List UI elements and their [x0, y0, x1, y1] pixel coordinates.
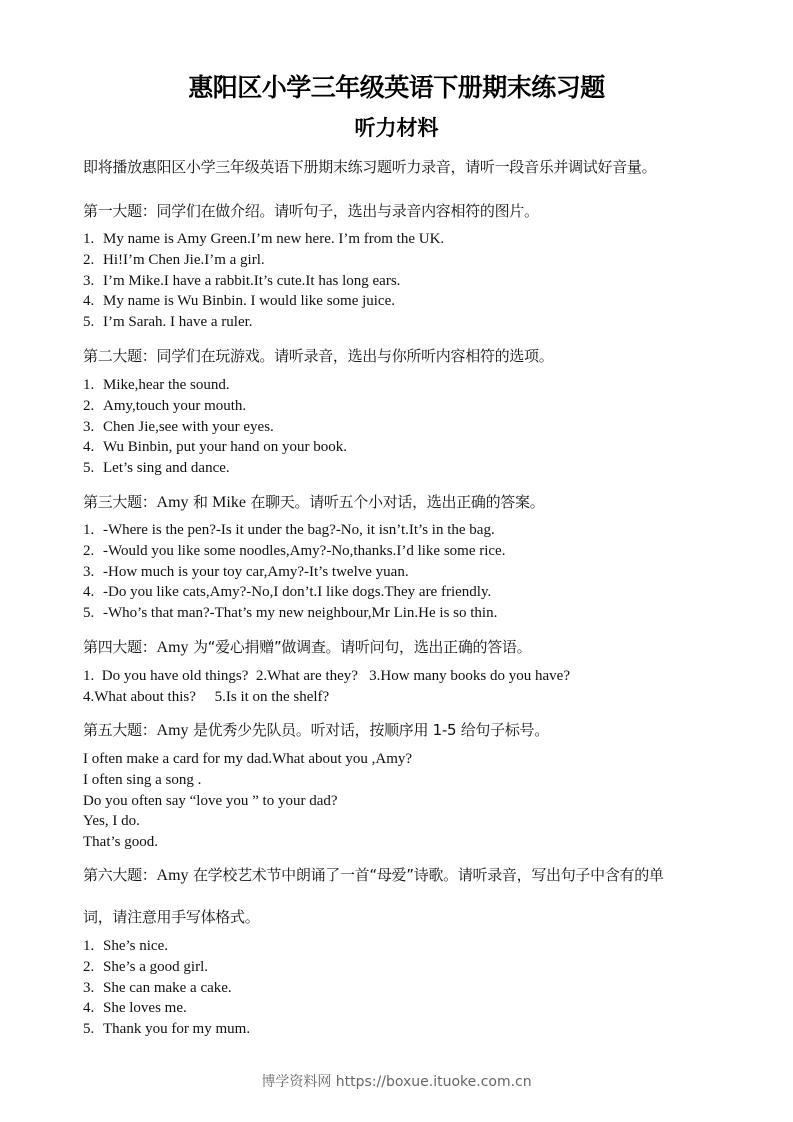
dialogue-line: That’s good.	[83, 832, 412, 853]
list-item: 1.-Where is the pen?-Is it under the bag…	[83, 520, 505, 541]
list-item: 1.My name is Amy Green.I’m new here. I’m…	[83, 229, 444, 250]
section-5-dialogue: I often make a card for my dad.What abou…	[83, 749, 412, 853]
dialogue-line: I often sing a song .	[83, 770, 412, 791]
footer-watermark: 博学资料网 https://boxue.ituoke.com.cn	[0, 1071, 793, 1091]
list-item: 4.Wu Binbin, put your hand on your book.	[83, 437, 347, 458]
section-5-heading: 第五大题：Amy 是优秀少先队员。听对话，按顺序用 1-5 给句子标号。	[83, 719, 549, 740]
dialogue-line: Do you often say “love you ” to your dad…	[83, 791, 412, 812]
list-item: 3.I’m Mike.I have a rabbit.It’s cute.It …	[83, 271, 444, 292]
document-subtitle: 听力材料	[0, 112, 793, 142]
section-3-heading: 第三大题：Amy 和 Mike 在聊天。请听五个小对话，选出正确的答案。	[83, 491, 544, 512]
list-item: 2.Hi!I’m Chen Jie.I’m a girl.	[83, 250, 444, 271]
section-6-heading: 第六大题：Amy 在学校艺术节中朗诵了一首“母爱”诗歌。请听录音，写出句子中含有…	[83, 864, 664, 885]
section-2-list: 1.Mike,hear the sound. 2.Amy,touch your …	[83, 375, 347, 479]
list-item: 1.Mike,hear the sound.	[83, 375, 347, 396]
list-item: 2.She’s a good girl.	[83, 957, 250, 978]
section-6-heading-line2: 词，请注意用手写体格式。	[83, 906, 259, 927]
list-item: 4.My name is Wu Binbin. I would like som…	[83, 291, 444, 312]
section-4-questions: 1. Do you have old things? 2.What are th…	[83, 666, 570, 708]
list-item: 1.She’s nice.	[83, 936, 250, 957]
list-item: 5.Thank you for my mum.	[83, 1019, 250, 1040]
list-item: 3.Chen Jie,see with your eyes.	[83, 417, 347, 438]
section-1-list: 1.My name is Amy Green.I’m new here. I’m…	[83, 229, 444, 333]
section-2-heading: 第二大题：同学们在玩游戏。请听录音，选出与你所听内容相符的选项。	[83, 345, 553, 366]
intro-text: 即将播放惠阳区小学三年级英语下册期末练习题听力录音，请听一段音乐并调试好音量。	[83, 156, 656, 177]
list-item: 5.-Who’s that man?-That’s my new neighbo…	[83, 603, 505, 624]
list-item: 5.Let’s sing and dance.	[83, 458, 347, 479]
list-item: 2.-Would you like some noodles,Amy?-No,t…	[83, 541, 505, 562]
document-page: 惠阳区小学三年级英语下册期末练习题 听力材料 即将播放惠阳区小学三年级英语下册期…	[0, 0, 793, 1122]
section-1-heading: 第一大题：同学们在做介绍。请听句子，选出与录音内容相符的图片。	[83, 200, 539, 221]
document-title: 惠阳区小学三年级英语下册期末练习题	[0, 68, 793, 104]
list-item: 3.She can make a cake.	[83, 978, 250, 999]
list-item: 2.Amy,touch your mouth.	[83, 396, 347, 417]
list-item: 5.I’m Sarah. I have a ruler.	[83, 312, 444, 333]
dialogue-line: I often make a card for my dad.What abou…	[83, 749, 412, 770]
question-line: 4.What about this? 5.Is it on the shelf?	[83, 687, 570, 708]
section-4-heading: 第四大题：Amy 为“爱心捐赠”做调查。请听问句，选出正确的答语。	[83, 636, 531, 657]
section-6-list: 1.She’s nice. 2.She’s a good girl. 3.She…	[83, 936, 250, 1040]
list-item: 4.She loves me.	[83, 998, 250, 1019]
section-3-list: 1.-Where is the pen?-Is it under the bag…	[83, 520, 505, 624]
dialogue-line: Yes, I do.	[83, 811, 412, 832]
question-line: 1. Do you have old things? 2.What are th…	[83, 666, 570, 687]
list-item: 3.-How much is your toy car,Amy?-It’s tw…	[83, 562, 505, 583]
list-item: 4.-Do you like cats,Amy?-No,I don’t.I li…	[83, 582, 505, 603]
